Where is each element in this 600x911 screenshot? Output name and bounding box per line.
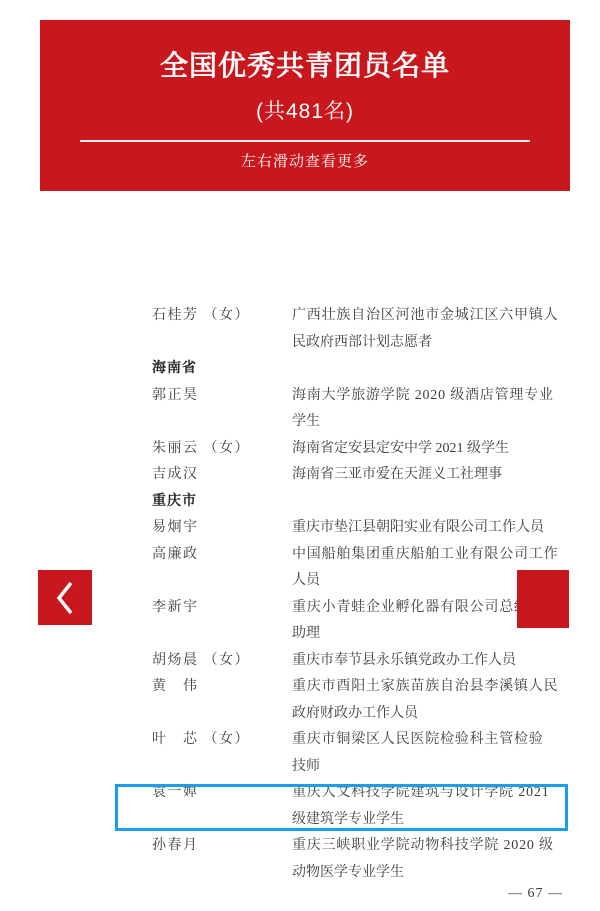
member-name-text: 李新宇 [152, 595, 292, 622]
member-name: 叶 芯 （女） [152, 727, 292, 780]
member-description-line: 重庆市铜梁区人民医院检验科主管检验 [292, 727, 550, 754]
swipe-hint: 左右滑动查看更多 [40, 151, 570, 172]
member-description-line: 海南省三亚市爱在天涯义工社理事 [292, 462, 550, 489]
member-name-text: 朱丽云 （女） [152, 436, 292, 463]
member-row: 朱丽云 （女）海南省定安县定安中学 2021 级学生 [152, 436, 552, 463]
member-name: 李新宇 [152, 595, 292, 648]
province-header-row: 海南省 [152, 356, 552, 383]
member-description: 海南省定安县定安中学 2021 级学生 [292, 436, 550, 463]
member-description-line: 学生 [292, 409, 550, 436]
member-name-text: 叶 芯 （女） [152, 727, 292, 754]
member-description-line: 海南省定安县定安中学 2021 级学生 [292, 436, 550, 463]
member-description-line: 重庆三峡职业学院动物科技学院 2020 级 [292, 833, 550, 860]
member-description: 海南大学旅游学院 2020 级酒店管理专业学生 [292, 383, 550, 436]
member-row: 石桂芳 （女）广西壮族自治区河池市金城江区六甲镇人民政府西部计划志愿者 [152, 303, 552, 356]
member-name-text: 黄 伟 [152, 674, 292, 701]
page-title: 全国优秀共青团员名单 [40, 20, 570, 82]
member-name: 易炯宇 [152, 515, 292, 542]
member-name: 朱丽云 （女） [152, 436, 292, 463]
banner-divider [80, 140, 530, 142]
member-name-text: 孙春月 [152, 833, 292, 860]
member-description-line: 海南大学旅游学院 2020 级酒店管理专业 [292, 383, 550, 410]
member-name: 孙春月 [152, 833, 292, 886]
member-name-text: 胡炀晨 （女） [152, 648, 292, 675]
member-name: 吉成汉 [152, 462, 292, 489]
member-description: 重庆市垫江县朝阳实业有限公司工作人员 [292, 515, 550, 542]
member-row: 易炯宇重庆市垫江县朝阳实业有限公司工作人员 [152, 515, 552, 542]
member-description: 重庆市铜梁区人民医院检验科主管检验技师 [292, 727, 550, 780]
total-count: (共481名) [40, 99, 570, 124]
member-description-line: 技师 [292, 754, 550, 781]
member-description: 中国船舶集团重庆船舶工业有限公司工作人员 [292, 542, 550, 595]
member-description: 海南省三亚市爱在天涯义工社理事 [292, 462, 550, 489]
member-description-line: 广西壮族自治区河池市金城江区六甲镇人 [292, 303, 550, 330]
member-description-line: 重庆市奉节县永乐镇党政办工作人员 [292, 648, 550, 675]
member-row: 黄 伟重庆市酉阳土家族苗族自治县李溪镇人民政府财政办工作人员 [152, 674, 552, 727]
member-row: 孙春月重庆三峡职业学院动物科技学院 2020 级动物医学专业学生 [152, 833, 552, 886]
member-description-line: 重庆市垫江县朝阳实业有限公司工作人员 [292, 515, 550, 542]
member-name: 石桂芳 （女） [152, 303, 292, 356]
back-button[interactable] [38, 570, 92, 625]
member-description-line: 重庆小青蛙企业孵化器有限公司总经理 [292, 595, 550, 622]
member-name-text: 郭正昊 [152, 383, 292, 410]
member-description-line: 动物医学专业学生 [292, 860, 550, 887]
member-name: 高廉政 [152, 542, 292, 595]
member-row: 叶 芯 （女）重庆市铜梁区人民医院检验科主管检验技师 [152, 727, 552, 780]
member-description-line: 人员 [292, 568, 550, 595]
member-description-line: 重庆市酉阳土家族苗族自治县李溪镇人民 [292, 674, 550, 701]
chevron-left-icon [55, 580, 75, 616]
province-header-row: 重庆市 [152, 489, 552, 516]
member-description: 重庆三峡职业学院动物科技学院 2020 级动物医学专业学生 [292, 833, 550, 886]
member-row: 郭正昊海南大学旅游学院 2020 级酒店管理专业学生 [152, 383, 552, 436]
member-row: 李新宇重庆小青蛙企业孵化器有限公司总经理助理 [152, 595, 552, 648]
member-row: 高廉政中国船舶集团重庆船舶工业有限公司工作人员 [152, 542, 552, 595]
member-description: 重庆小青蛙企业孵化器有限公司总经理助理 [292, 595, 550, 648]
member-name: 胡炀晨 （女） [152, 648, 292, 675]
member-name: 黄 伟 [152, 674, 292, 727]
member-name-text: 高廉政 [152, 542, 292, 569]
member-description-line: 助理 [292, 621, 550, 648]
member-description-line: 政府财政办工作人员 [292, 701, 550, 728]
member-description: 重庆市酉阳土家族苗族自治县李溪镇人民政府财政办工作人员 [292, 674, 550, 727]
member-row: 吉成汉海南省三亚市爱在天涯义工社理事 [152, 462, 552, 489]
province-header-label: 重庆市 [152, 489, 197, 516]
province-header-label: 海南省 [152, 356, 197, 383]
member-row: 胡炀晨 （女）重庆市奉节县永乐镇党政办工作人员 [152, 648, 552, 675]
member-name: 郭正昊 [152, 383, 292, 436]
page-number: — 67 — [508, 886, 563, 902]
nav-right-button[interactable] [517, 570, 569, 628]
member-name-text: 易炯宇 [152, 515, 292, 542]
member-name-text: 石桂芳 （女） [152, 303, 292, 330]
member-description-line: 民政府西部计划志愿者 [292, 330, 550, 357]
member-description: 广西壮族自治区河池市金城江区六甲镇人民政府西部计划志愿者 [292, 303, 550, 356]
member-description: 重庆市奉节县永乐镇党政办工作人员 [292, 648, 550, 675]
member-name-text: 吉成汉 [152, 462, 292, 489]
highlight-box [115, 784, 568, 831]
list-banner: 全国优秀共青团员名单 (共481名) 左右滑动查看更多 [40, 20, 570, 191]
member-description-line: 中国船舶集团重庆船舶工业有限公司工作 [292, 542, 550, 569]
